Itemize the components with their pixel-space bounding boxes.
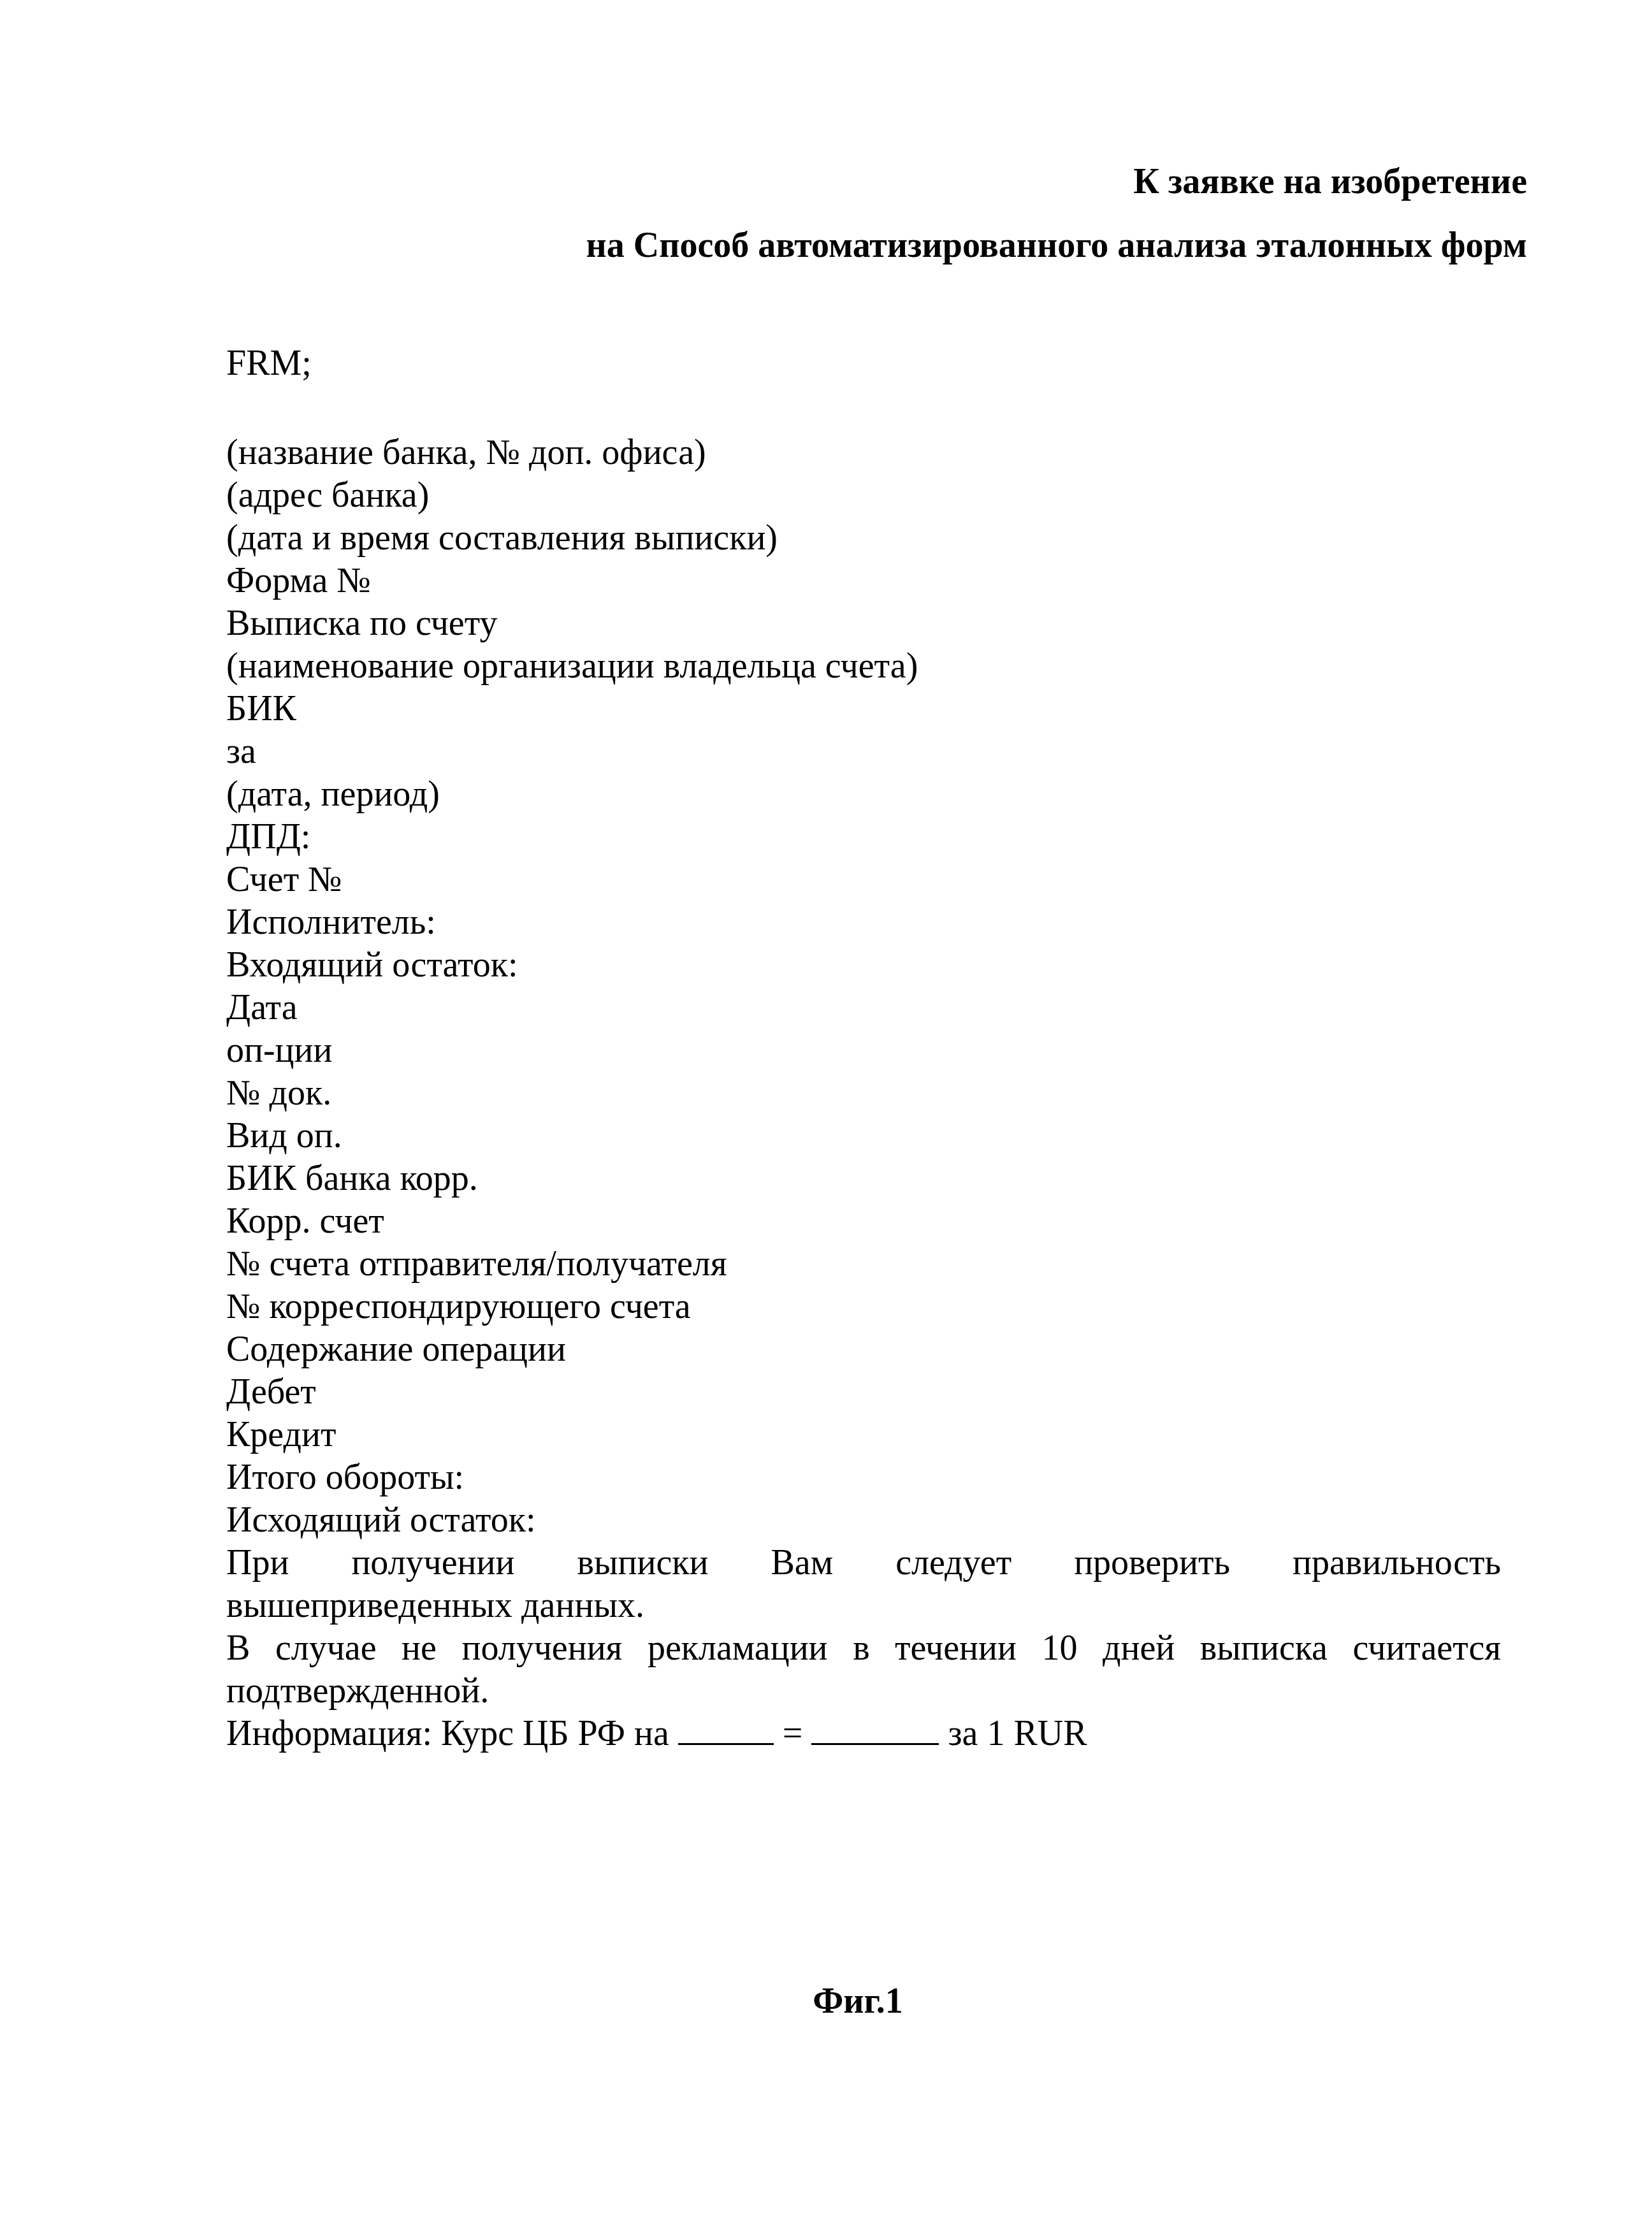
field-sender-receiver-account: № счета отправителя/получателя — [226, 1243, 1501, 1285]
info-suffix: за 1 RUR — [948, 1714, 1087, 1753]
exchange-rate-info: Информация: Курс ЦБ РФ на = за 1 RUR — [226, 1713, 1501, 1755]
field-closing-balance: Исходящий остаток: — [226, 1499, 1501, 1542]
invention-title: на Способ автоматизированного анализа эт… — [586, 214, 1527, 277]
rate-blank — [811, 1713, 939, 1745]
check-notice-line2: вышеприведенных данных. — [226, 1586, 644, 1625]
date-blank — [678, 1713, 774, 1745]
field-total-turnover: Итого обороты: — [226, 1456, 1501, 1499]
field-bik: БИК — [226, 688, 1501, 730]
field-credit: Кредит — [226, 1414, 1501, 1456]
field-account-statement: Выписка по счету — [226, 602, 1501, 645]
info-prefix: Информация: Курс ЦБ РФ на — [226, 1714, 669, 1753]
field-operation-content: Содержание операции — [226, 1328, 1501, 1371]
field-doc-number: № док. — [226, 1072, 1501, 1115]
field-debit: Дебет — [226, 1371, 1501, 1414]
field-operation: оп-ции — [226, 1029, 1501, 1072]
form-code: FRM; — [226, 341, 312, 386]
field-executor: Исполнитель: — [226, 901, 1501, 944]
field-statement-datetime: (дата и время составления выписки) — [226, 517, 1501, 560]
field-operation-type: Вид оп. — [226, 1115, 1501, 1157]
field-for: за — [226, 730, 1501, 773]
claim-notice: В случае не получения рекламации в течен… — [226, 1627, 1501, 1713]
statement-template-fields: (название банка, № доп. офиса) (адрес ба… — [226, 431, 1501, 1755]
check-notice: При получении выписки Вам следует провер… — [226, 1542, 1501, 1627]
field-date-period: (дата, период) — [226, 773, 1501, 816]
field-bank-name: (название банка, № доп. офиса) — [226, 431, 1501, 474]
claim-notice-line1: В случае не получения рекламации в течен… — [226, 1627, 1501, 1670]
check-notice-line1: При получении выписки Вам следует провер… — [226, 1542, 1501, 1584]
document-header: К заявке на изобретение на Способ автома… — [586, 150, 1527, 277]
info-equals: = — [783, 1714, 803, 1753]
application-title: К заявке на изобретение — [586, 150, 1527, 214]
field-corr-account: Корр. счет — [226, 1200, 1501, 1243]
field-dpd: ДПД: — [226, 816, 1501, 858]
figure-caption: Фиг.1 — [0, 1979, 1652, 2024]
field-corr-bank-bik: БИК банка корр. — [226, 1157, 1501, 1200]
field-account-number: Счет № — [226, 858, 1501, 901]
field-bank-address: (адрес банка) — [226, 474, 1501, 517]
claim-notice-line2: подтвержденной. — [226, 1671, 489, 1711]
field-date: Дата — [226, 987, 1501, 1029]
field-account-owner: (наименование организации владельца счет… — [226, 645, 1501, 688]
field-form-number: Форма № — [226, 560, 1501, 602]
field-opening-balance: Входящий остаток: — [226, 944, 1501, 987]
field-corresponding-account: № корреспондирующего счета — [226, 1285, 1501, 1328]
